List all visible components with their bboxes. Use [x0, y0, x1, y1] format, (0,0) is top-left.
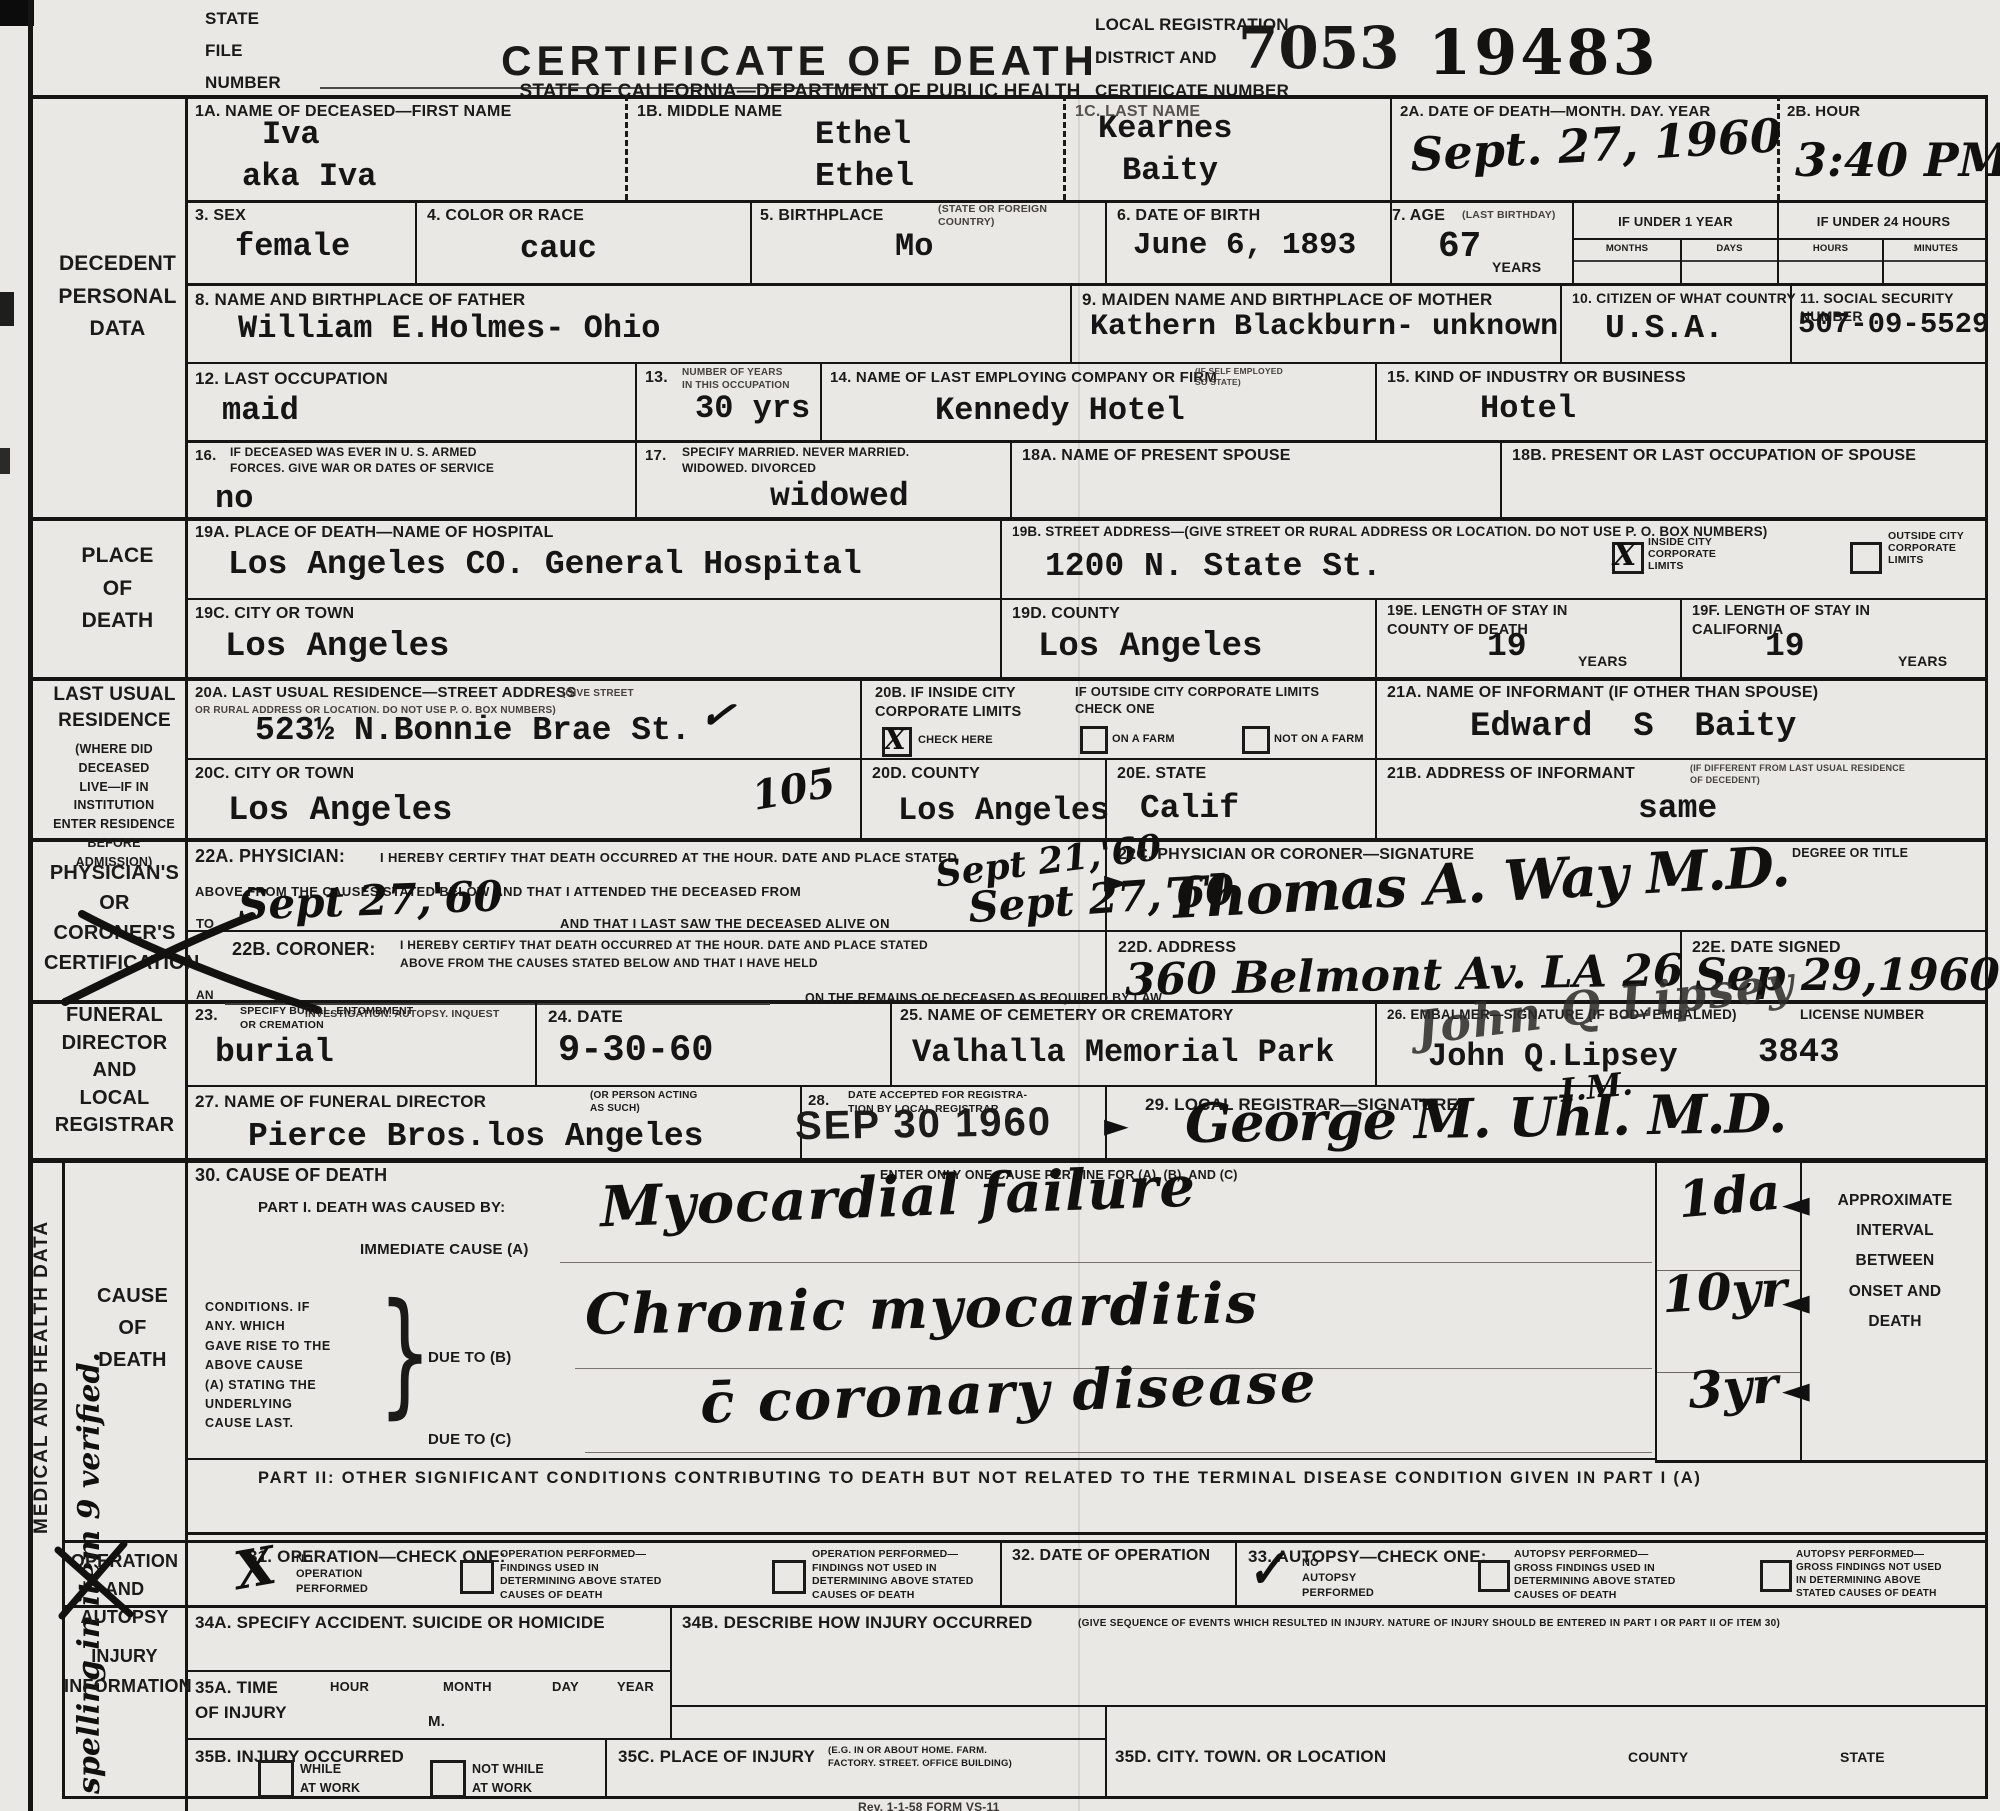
sidebar-medical-health-data: MEDICAL AND HEALTH DATA: [30, 1162, 60, 1592]
registrar-initials-note: I.M.: [1558, 1064, 1634, 1109]
field-1a-label: 1A. NAME OF DECEASED—FIRST NAME: [195, 102, 511, 123]
field-19d-value: Los Angeles: [1038, 628, 1262, 666]
field-12-label: 12. LAST OCCUPATION: [195, 368, 388, 390]
field-19a-label: 19A. PLACE OF DEATH—NAME OF HOSPITAL: [195, 523, 554, 544]
field-25-value: Valhalla Memorial Park: [912, 1034, 1334, 1071]
field-27-sublabel: (OR PERSON ACTING AS SUCH): [590, 1089, 697, 1115]
field-2b-value: 3:40 PM.: [1795, 133, 2000, 187]
grid-line: [185, 1670, 670, 1672]
field-6-label: 6. DATE OF BIRTH: [1117, 206, 1260, 227]
grid-line: [185, 200, 1988, 203]
field-19a-value: Los Angeles CO. General Hospital: [228, 546, 862, 583]
grid-line: [1655, 1158, 1657, 1461]
while-at-work-checkbox: [258, 1760, 294, 1798]
field-19c-value: Los Angeles: [225, 628, 449, 666]
grid-line: [535, 1000, 537, 1085]
immediate-cause-label: IMMEDIATE CAUSE (A): [360, 1240, 529, 1260]
grid-line: [1572, 200, 1574, 283]
operation-findings-not-used-label: OPERATION PERFORMED— FINDINGS NOT USED I…: [812, 1548, 974, 1603]
signature-arrow-icon: ►: [1104, 1106, 1129, 1144]
interval-b-value: 10yr: [1661, 1259, 1789, 1324]
field-20b-outside-label: IF OUTSIDE CITY CORPORATE LIMITS CHECK O…: [1075, 684, 1319, 718]
field-15-value: Hotel: [1480, 390, 1576, 427]
page-subtitle: STATE OF CALIFORNIA—DEPARTMENT OF PUBLIC…: [480, 80, 1120, 105]
field-14-label: 14. NAME OF LAST EMPLOYING COMPANY OR FI…: [830, 368, 1217, 388]
cause-a-value: Myocardial failure: [599, 1154, 1197, 1241]
field-35a-label: 35A. TIME OF INJURY: [195, 1676, 287, 1725]
field-15-label: 15. KIND OF INDUSTRY OR BUSINESS: [1387, 368, 1686, 389]
on-a-farm-checkbox: [1080, 726, 1108, 754]
field-22a-to-label: TO: [196, 916, 214, 933]
field-21b-value: same: [1638, 790, 1717, 827]
conditions-label: CONDITIONS. IF ANY. WHICH GAVE RISE TO T…: [205, 1298, 331, 1434]
cause-line-c-rule: [585, 1452, 1652, 1453]
field-19f-value: 19: [1765, 628, 1805, 665]
field-8-value: William E.Holmes- Ohio: [238, 310, 660, 347]
grid-line: [185, 1738, 1105, 1740]
field-3-value: female: [235, 228, 350, 265]
grid-line: [750, 200, 752, 283]
grid-line: [185, 362, 1988, 364]
meridiem-label: M.: [428, 1712, 445, 1732]
operation-findings-not-used-checkbox: [772, 1560, 806, 1594]
field-17-label: 17.: [645, 446, 666, 466]
scan-artifact: [0, 292, 14, 326]
not-while-at-work-label: NOT WHILE AT WORK: [472, 1760, 544, 1798]
field-20c-value: Los Angeles: [228, 792, 452, 830]
cause-b-value: Chronic myocarditis: [584, 1270, 1259, 1348]
field-21a-label: 21A. NAME OF INFORMANT (IF OTHER THAN SP…: [1387, 683, 1818, 704]
due-to-c-label: DUE TO (C): [428, 1430, 511, 1450]
grid-line: [1572, 260, 1988, 262]
date-received-stamp: SEP 30 1960: [795, 1100, 1053, 1149]
interval-a-value: 1da: [1676, 1162, 1783, 1230]
grid-line: [185, 440, 1988, 443]
field-22b-text1: I HEREBY CERTIFY THAT DEATH OCCURRED AT …: [400, 936, 928, 972]
sidebar-last-usual-residence: LAST USUAL RESIDENCE: [44, 682, 185, 733]
field-17-value: widowed: [770, 478, 909, 515]
grid-line: [185, 598, 1988, 600]
sidebar-residence-note: (WHERE DID DECEASED LIVE—IF IN INSTITUTI…: [40, 740, 188, 871]
field-25-label: 25. NAME OF CEMETERY OR CREMATORY: [900, 1006, 1233, 1027]
field-34b-label: 34B. DESCRIBE HOW INJURY OCCURRED: [682, 1612, 1032, 1634]
month-label: MONTH: [443, 1679, 492, 1696]
field-17-sublabel: SPECIFY MARRIED. NEVER MARRIED. WIDOWED.…: [682, 444, 909, 476]
sidebar-funeral-director: FUNERAL DIRECTOR AND LOCAL REGISTRAR: [44, 1002, 185, 1140]
form-revision-note: Rev. 1-1-58 FORM VS-11: [858, 1800, 1000, 1811]
grid-line: [670, 1605, 672, 1738]
field-20c-label: 20C. CITY OR TOWN: [195, 764, 354, 785]
grid-line: [185, 1458, 1655, 1460]
field-3-label: 3. SEX: [195, 206, 246, 227]
field-32-label: 32. DATE OF OPERATION: [1012, 1546, 1210, 1567]
handwritten-checkmark: ✓: [697, 688, 739, 741]
field-24-value: 9-30-60: [558, 1030, 713, 1072]
sidebar-physician-certification: PHYSICIAN'S OR CORONER'S CERTIFICATION: [44, 858, 185, 978]
field-14-sublabel: (IF SELF EMPLOYED SO STATE): [1195, 366, 1283, 388]
field-19f-unit: YEARS: [1898, 652, 1947, 670]
field-1b-value: Ethel: [815, 116, 911, 153]
hour-label: HOUR: [330, 1679, 369, 1696]
field-24-label: 24. DATE: [548, 1006, 623, 1028]
field-19e-label: 19E. LENGTH OF STAY IN COUNTY OF DEATH: [1387, 602, 1568, 640]
grid-line: [185, 758, 1988, 760]
grid-line: [1375, 1000, 1377, 1085]
grid-line: [1500, 440, 1502, 517]
license-number-label: LICENSE NUMBER: [1800, 1006, 1924, 1024]
not-on-a-farm-label: NOT ON A FARM: [1274, 732, 1364, 746]
field-35d-label: 35D. CITY. TOWN. OR LOCATION: [1115, 1746, 1386, 1768]
signature-arrow-icon: ►: [1104, 862, 1129, 900]
field-13-sublabel: NUMBER OF YEARS IN THIS OCCUPATION: [682, 366, 790, 392]
grid-line: [1000, 517, 1002, 677]
field-19b-value: 1200 N. State St.: [1045, 548, 1382, 585]
no-autopsy-check-mark: ✓: [1242, 1539, 1290, 1600]
grid-line: [1390, 95, 1392, 283]
field-6-value: June 6, 1893: [1133, 228, 1356, 263]
state-file-label: FILE: [205, 40, 243, 62]
sidebar-place-of-death: PLACE OF DEATH: [50, 540, 185, 638]
state-file-label: STATE: [205, 8, 259, 30]
autopsy-findings-used-label: AUTOPSY PERFORMED— GROSS FINDINGS USED I…: [1514, 1548, 1676, 1603]
field-16-label: 16.: [195, 446, 216, 466]
field-22b-an-label: AN: [196, 988, 214, 1004]
days-label: DAYS: [1682, 243, 1777, 255]
under-1-year-label: IF UNDER 1 YEAR: [1574, 214, 1777, 231]
field-27-label: 27. NAME OF FUNERAL DIRECTOR: [195, 1091, 486, 1113]
interval-arrow-icon: ◄: [1782, 1370, 1810, 1411]
sidebar-cause-of-death: CAUSE OF DEATH: [80, 1280, 185, 1376]
while-at-work-label: WHILE AT WORK: [300, 1760, 360, 1798]
field-10-label: 10. CITIZEN OF WHAT COUNTRY: [1572, 289, 1796, 307]
field-21b-label: 21B. ADDRESS OF INFORMANT: [1387, 764, 1635, 785]
field-1b-label: 1B. MIDDLE NAME: [637, 102, 782, 123]
year-label: YEAR: [617, 1679, 654, 1696]
due-to-b-label: DUE TO (B): [428, 1348, 511, 1368]
grid-line: [1572, 238, 1988, 240]
field-9-value: Kathern Blackburn- unknown: [1090, 310, 1558, 344]
field-23-value: burial: [215, 1034, 334, 1071]
grid-line: [28, 95, 1988, 99]
scan-artifact: [0, 448, 10, 474]
local-registrar-signature: George M. Uhl. M.D.: [1184, 1081, 1786, 1155]
field-19d-label: 19D. COUNTY: [1012, 604, 1120, 625]
field-20b-inside-label: 20B. IF INSIDE CITY CORPORATE LIMITS: [875, 684, 1021, 722]
grid-line: [635, 362, 637, 440]
field-35c-sublabel: (E.G. IN OR ABOUT HOME. FARM. FACTORY. S…: [828, 1744, 1012, 1771]
grid-line: [625, 95, 628, 200]
minutes-label: MINUTES: [1884, 243, 1988, 255]
grid-line: [1777, 200, 1779, 283]
not-on-a-farm-checkbox: [1242, 726, 1270, 754]
hours-label: HOURS: [1779, 243, 1882, 255]
field-16-value: no: [215, 480, 253, 517]
field-7-sublabel: (LAST BIRTHDAY): [1462, 209, 1556, 223]
field-27-value: Pierce Bros.los Angeles: [248, 1118, 703, 1155]
field-20a-value: 523½ N.Bonnie Brae St.: [255, 712, 691, 749]
grid-line: [1375, 677, 1377, 838]
grid-line: [185, 1532, 1988, 1535]
grid-line: [1010, 440, 1012, 517]
field-14-value: Kennedy Hotel: [935, 392, 1185, 429]
field-20e-label: 20E. STATE: [1117, 764, 1206, 785]
no-operation-label: NO OPERATION PERFORMED: [296, 1552, 368, 1597]
grid-line: [635, 440, 637, 517]
grid-line: [62, 1540, 1988, 1543]
field-11-value: 507-09-5529: [1798, 308, 1989, 341]
death-certificate-scan: STATE FILE NUMBER CERTIFICATE OF DEATH S…: [0, 0, 2000, 1811]
grid-line: [1985, 95, 1988, 1798]
field-22a-label: 22A. PHYSICIAN:: [195, 845, 345, 868]
grid-line: [605, 1738, 607, 1798]
autopsy-findings-not-used-checkbox: [1760, 1560, 1792, 1592]
grid-line: [670, 1705, 1988, 1707]
field-4-value: cauc: [520, 230, 597, 267]
field-23-label: 23.: [195, 1006, 218, 1027]
field-20a-label: 20A. LAST USUAL RESIDENCE—STREET ADDRESS: [195, 683, 576, 703]
grid-line: [1680, 598, 1682, 677]
grid-line: [1560, 283, 1562, 362]
state-label: STATE: [1840, 1748, 1885, 1766]
not-while-at-work-checkbox: [430, 1760, 466, 1798]
field-35c-label: 35C. PLACE OF INJURY: [618, 1746, 815, 1768]
field-7-unit: YEARS: [1492, 258, 1541, 276]
grid-line: [28, 677, 1988, 681]
field-22b-text2: ON THE REMAINS OF DECEASED AS REQUIRED B…: [805, 990, 1162, 1006]
on-a-farm-label: ON A FARM: [1112, 732, 1175, 746]
day-label: DAY: [552, 1679, 579, 1696]
field-19e-value: 19: [1487, 628, 1527, 665]
grid-line: [185, 930, 1988, 932]
field-2b-label: 2B. HOUR: [1787, 102, 1860, 122]
field-12-value: maid: [222, 392, 299, 429]
grid-line: [820, 362, 822, 440]
grid-line: [1655, 1460, 1988, 1463]
field-23-sublabel: SPECIFY BURIAL. ENTOMBMENT OR CREMATION: [240, 1005, 413, 1032]
field-34b-sublabel: (GIVE SEQUENCE OF EVENTS WHICH RESULTED …: [1078, 1617, 1780, 1630]
grid-line: [1235, 1540, 1237, 1605]
grid-line: [1105, 200, 1107, 283]
grid-line: [1070, 283, 1072, 362]
part2-label: PART II: OTHER SIGNIFICANT CONDITIONS CO…: [258, 1468, 1702, 1489]
state-file-label: NUMBER: [205, 72, 281, 94]
months-label: MONTHS: [1574, 243, 1680, 255]
grid-line: [890, 1000, 892, 1085]
grid-line: [1063, 95, 1066, 200]
field-1c-value2: Baity: [1122, 152, 1218, 189]
part1-label: PART I. DEATH WAS CAUSED BY:: [258, 1198, 505, 1218]
field-20c-handwritten-note: 105: [749, 759, 839, 820]
field-4-label: 4. COLOR OR RACE: [427, 206, 584, 227]
cause-line-a-rule: [560, 1262, 1652, 1263]
field-16-sublabel: IF DECEASED WAS EVER IN U. S. ARMED FORC…: [230, 444, 494, 476]
field-19c-label: 19C. CITY OR TOWN: [195, 604, 354, 625]
grid-line: [1375, 598, 1377, 677]
inside-city-checkbox-mark: X: [1613, 538, 1636, 573]
approximate-interval-label: APPROXIMATE INTERVAL BETWEEN ONSET AND D…: [1804, 1186, 1986, 1337]
field-13-label: 13.: [645, 368, 668, 389]
field-20a-label-suffix: (GIVE STREET: [562, 687, 634, 700]
grid-line: [62, 1158, 65, 1798]
no-autopsy-label: NO AUTOPSY PERFORMED: [1302, 1556, 1374, 1601]
field-26-license-value: 3843: [1758, 1034, 1840, 1072]
field-34a-label: 34A. SPECIFY ACCIDENT. SUICIDE OR HOMICI…: [195, 1612, 605, 1634]
operation-findings-used-label: OPERATION PERFORMED— FINDINGS USED IN DE…: [500, 1548, 662, 1603]
county-label: COUNTY: [1628, 1748, 1688, 1766]
autopsy-findings-not-used-label: AUTOPSY PERFORMED— GROSS FINDINGS NOT US…: [1796, 1548, 1942, 1600]
field-1a-value: Iva: [262, 116, 320, 153]
outside-city-label: OUTSIDE CITY CORPORATE LIMITS: [1888, 530, 1964, 566]
grid-line: [860, 677, 862, 838]
grid-line: [1375, 362, 1377, 440]
check-here-label: CHECK HERE: [918, 733, 993, 747]
certificate-number: 19483: [1428, 16, 1659, 89]
field-1c-value: Kearnes: [1098, 110, 1232, 147]
field-22b-label: 22B. CORONER:: [232, 938, 376, 961]
district-number: 7053: [1238, 14, 1399, 82]
sidebar-decedent-personal-data: DECEDENT PERSONAL DATA: [50, 248, 185, 346]
field-19e-unit: YEARS: [1578, 652, 1627, 670]
field-7-value: 67: [1438, 226, 1481, 267]
field-22a-text3: AND THAT I LAST SAW THE DECEASED ALIVE O…: [560, 916, 890, 933]
local-registration-label: DISTRICT AND: [1095, 47, 1217, 69]
field-20d-value: Los Angeles: [898, 792, 1109, 829]
field-10-value: U.S.A.: [1605, 310, 1724, 347]
field-1b-value2: Ethel: [815, 158, 914, 195]
grid-line: [1000, 1540, 1002, 1605]
field-30-label: 30. CAUSE OF DEATH: [195, 1164, 387, 1187]
grid-line: [1105, 1705, 1107, 1798]
field-22a-text1: I HEREBY CERTIFY THAT DEATH OCCURRED AT …: [380, 850, 957, 867]
field-5-value: Mo: [895, 228, 933, 265]
check-here-mark: X: [884, 723, 906, 756]
field-21b-sublabel: (IF DIFFERENT FROM LAST USUAL RESIDENCE …: [1690, 762, 1905, 786]
sidebar-operation-autopsy: OPERATION AND AUTOPSY: [64, 1548, 185, 1632]
grid-line: [185, 283, 1988, 286]
operation-findings-used-checkbox: [460, 1560, 494, 1594]
field-21a-value: Edward S Baity: [1470, 708, 1796, 746]
inside-city-label: INSIDE CITY CORPORATE LIMITS: [1648, 536, 1716, 572]
attended-to-date: Sept 27,'60: [237, 871, 503, 929]
cause-c-value: c̄ coronary disease: [699, 1349, 1318, 1437]
outside-city-checkbox: [1850, 542, 1882, 574]
grid-line: [28, 517, 1988, 521]
field-9-label: 9. MAIDEN NAME AND BIRTHPLACE OF MOTHER: [1082, 289, 1492, 311]
field-8-label: 8. NAME AND BIRTHPLACE OF FATHER: [195, 289, 525, 311]
field-5-label: 5. BIRTHPLACE: [760, 206, 884, 227]
field-18a-label: 18A. NAME OF PRESENT SPOUSE: [1022, 446, 1291, 467]
field-26-value: John Q.Lipsey: [1428, 1038, 1678, 1075]
conditions-brace: }: [378, 1286, 432, 1421]
grid-line: [415, 200, 417, 283]
field-5-sublabel: (STATE OR FOREIGN COUNTRY): [938, 203, 1047, 228]
degree-or-title-label: DEGREE OR TITLE: [1792, 845, 1908, 861]
under-24-hours-label: IF UNDER 24 HOURS: [1779, 214, 1988, 231]
autopsy-findings-used-checkbox: [1478, 1560, 1510, 1592]
grid-line: [62, 1605, 1988, 1608]
field-20d-label: 20D. COUNTY: [872, 764, 980, 785]
field-18b-label: 18B. PRESENT OR LAST OCCUPATION OF SPOUS…: [1512, 446, 1916, 467]
sidebar-injury-information: INJURY INFORMATION: [64, 1642, 185, 1701]
interval-c-value: 3yr: [1686, 1355, 1780, 1420]
field-13-value: 30 yrs: [695, 390, 810, 427]
field-20e-value: Calif: [1140, 790, 1239, 827]
field-7-label: 7. AGE: [1392, 206, 1445, 227]
field-1a-value-aka: aka Iva: [242, 158, 376, 195]
